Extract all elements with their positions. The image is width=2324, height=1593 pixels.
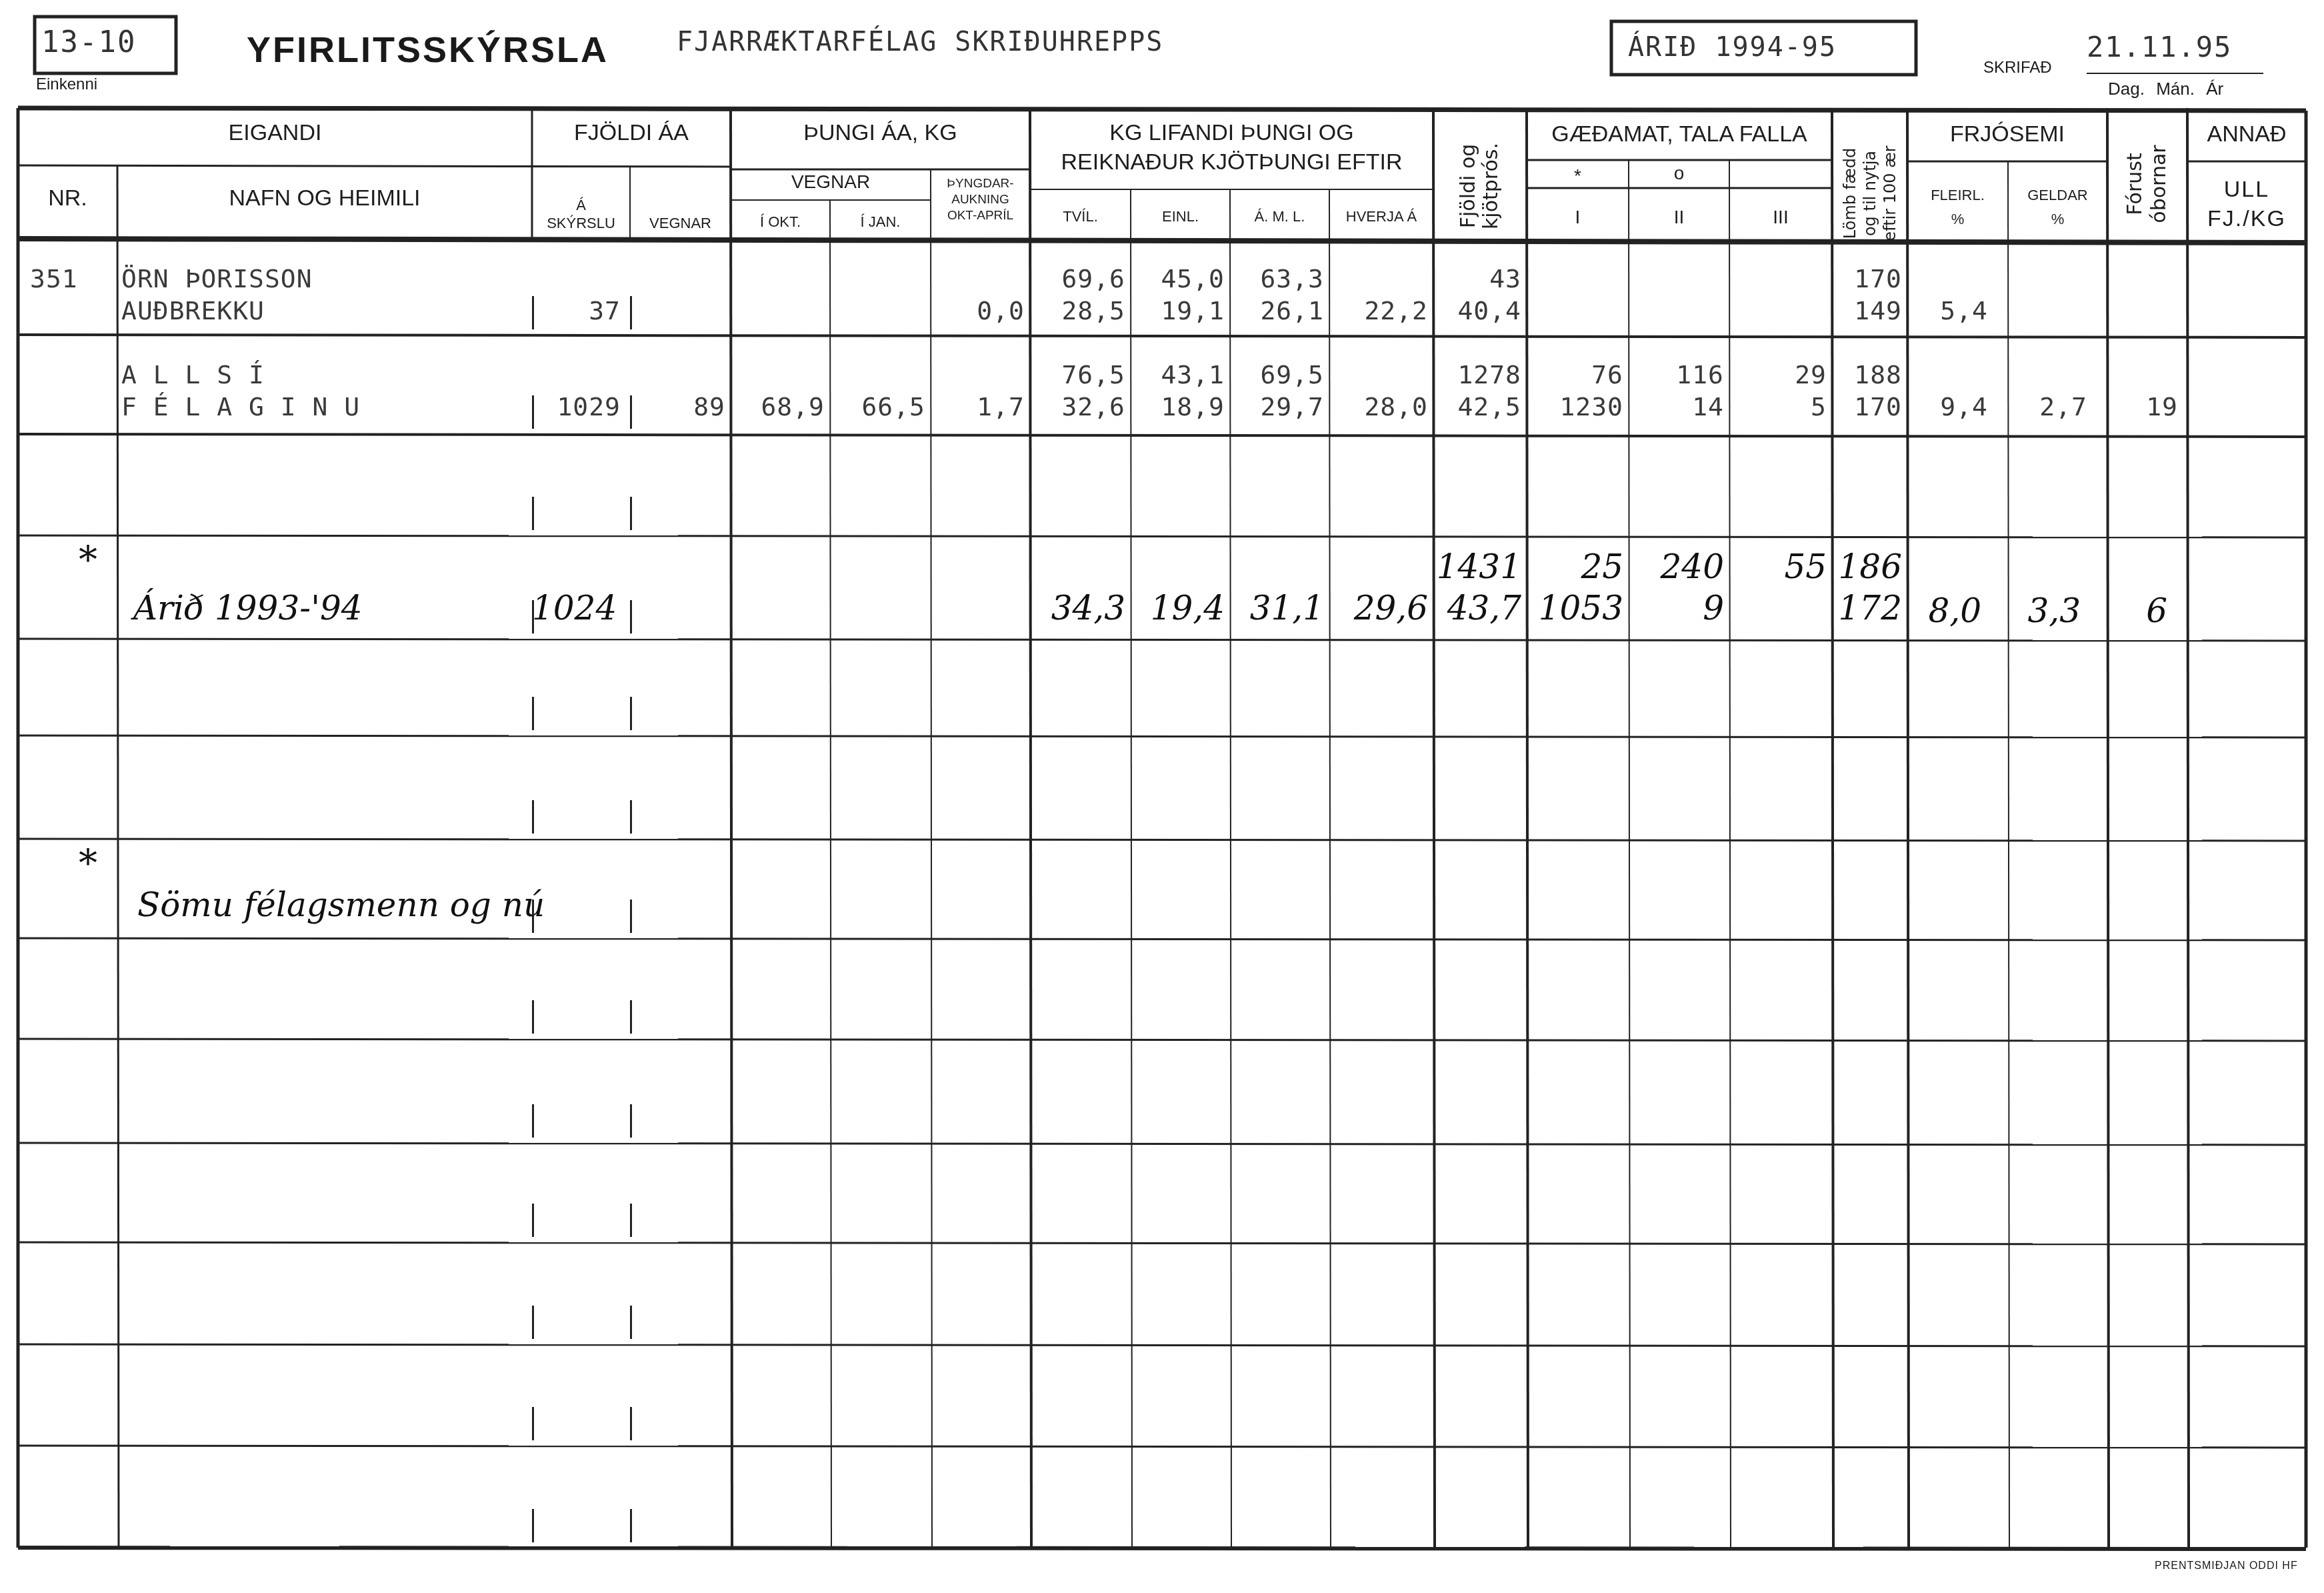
written-date: 21.11.95 [2087,31,2232,63]
col-ull: ULL FJ./KG [2187,175,2306,233]
asterisk-marker: * [79,539,97,582]
column-tick-mark [630,1509,632,1542]
col-einl: EINL. [1131,208,1230,225]
col-geldar: GELDAR % [2008,183,2107,231]
column-tick-mark [630,497,632,530]
col-nafn: NAFN OG HEIMILI [117,185,532,211]
col-tvil: TVÍL. [1030,208,1131,225]
column-tick-mark [630,1407,632,1440]
column-tick-mark [532,1509,534,1542]
prev-year-hverja: 29,6 [1329,589,1428,627]
prev-year-lomb-bottom: 172 [1832,589,1902,627]
row-geldar: 2,7 [2008,392,2087,421]
col-fleirl: FLEIRL. % [1907,183,2008,231]
row-nr: 351 [30,264,78,293]
col-i-jan: Í JAN. [830,213,931,231]
column-tick-mark [532,1204,534,1237]
column-tick-mark [532,1306,534,1339]
col-thungi-aa: ÞUNGI ÁA, KG [731,120,1030,146]
form-grid [0,0,2324,1593]
row-fjoldi-carcass: 42,5 [1433,392,1521,421]
row-vegnar: 89 [630,392,725,421]
prev-year-g1-bottom: 1053 [1527,589,1623,627]
row-tvil-live: 69,6 [1030,264,1125,293]
row-i-jan: 66,5 [830,392,925,421]
column-tick-mark [532,1000,534,1034]
column-tick-mark [630,1306,632,1339]
col-g3: III [1729,207,1832,228]
column-tick-mark [630,1000,632,1034]
row-tvil-live: 76,5 [1030,360,1125,389]
row-fjoldi-live: 1278 [1433,360,1521,389]
column-tick-mark [532,600,534,633]
row-aml-live: 69,5 [1230,360,1324,389]
row-name: ÖRN ÞORISSON [121,264,313,293]
form-title: YFIRLITSSKÝRSLA [247,29,609,71]
row-aml-carcass: 29,7 [1230,392,1324,421]
column-tick-mark [630,395,632,429]
column-tick-mark [630,600,632,633]
column-tick-mark [532,395,534,429]
column-tick-mark [630,697,632,730]
col-i-okt: Í OKT. [731,213,830,231]
column-tick-mark [532,497,534,530]
prev-year-label: Árið 1993-'94 [133,589,363,627]
col-forust-obornar: Fórust óbornar [2123,114,2171,254]
column-tick-mark [630,1104,632,1138]
row-hverja: 28,0 [1329,392,1428,421]
col-aml: Á. M. L. [1230,208,1329,225]
row-home: F É L A G I N U [121,392,360,421]
row-g2-live: 116 [1629,360,1724,389]
row-g1-carcass: 1230 [1527,392,1623,421]
col-a-skyrslu-2: SKÝRSLU [532,215,630,232]
row-lomb-live: 170 [1832,264,1902,293]
row-forust: 19 [2107,392,2178,421]
prev-year-lomb-top: 186 [1832,547,1902,586]
prev-year-forust: 6 [2107,591,2167,630]
row-einl-carcass: 19,1 [1131,296,1225,325]
col-fjoldi-aa: FJÖLDI ÁA [532,120,731,146]
year-box-value: ÁRIÐ 1994-95 [1628,32,1837,63]
row-a-skyrslu: 1029 [532,392,621,421]
prev-year-fjoldi-bottom: 43,7 [1433,589,1521,627]
row-g2-carcass: 14 [1629,392,1724,421]
prev-year-aml: 31,1 [1230,589,1324,627]
column-tick-mark [532,900,534,933]
row-thyngdar: 0,0 [931,296,1025,325]
col-fjoldi-kjotpros: Fjöldi og kjötprós. [1457,113,1503,259]
column-tick-mark [630,800,632,834]
column-tick-mark [532,1104,534,1138]
row-einl-carcass: 18,9 [1131,392,1225,421]
col-thyngdaraukning: ÞYNGDAR- AUKNING OKT-APRÍL [931,176,1030,224]
row-g3-live: 29 [1729,360,1827,389]
column-tick-mark [630,296,632,329]
prev-year-fleirl: 8,0 [1907,591,1981,630]
row-g3-carcass: 5 [1729,392,1827,421]
prev-year-einl: 19,4 [1131,589,1225,627]
col-annad: ANNAÐ [2187,121,2306,147]
asterisk-marker: * [79,842,97,886]
row-home: AUÐBREKKU [121,296,265,325]
row-aml-live: 63,3 [1230,264,1324,293]
column-tick-mark [630,1204,632,1237]
row-g1-live: 76 [1527,360,1623,389]
written-label: SKRIFAÐ [1983,59,2052,77]
organization-name: FJARRÆKTARFÉLAG SKRIÐUHREPPS [677,27,1163,57]
row-hverja: 22,2 [1329,296,1428,325]
col-hverja: HVERJA Á [1329,208,1433,225]
column-tick-mark [630,900,632,933]
col-vegnar: VEGNAR [630,215,731,232]
col-g1: I [1527,207,1629,228]
row-a-skyrslu: 37 [532,296,621,325]
note-text: Sömu félagsmenn og nú [137,886,545,924]
row-tvil-carcass: 32,6 [1030,392,1125,421]
row-i-okt: 68,9 [731,392,825,421]
row-einl-live: 43,1 [1131,360,1225,389]
col-nr: NR. [18,185,117,211]
row-fleirl: 9,4 [1907,392,1988,421]
row-lomb-live: 188 [1832,360,1902,389]
column-tick-mark [532,697,534,730]
row-fjoldi-live: 43 [1433,264,1521,293]
prev-year-tvil: 34,3 [1030,589,1125,627]
prev-year-g3-top: 55 [1729,547,1827,586]
row-fleirl: 5,4 [1907,296,1988,325]
row-tvil-carcass: 28,5 [1030,296,1125,325]
row-name: A L L S Í [121,360,265,389]
column-tick-mark [532,1407,534,1440]
row-aml-carcass: 26,1 [1230,296,1324,325]
col-thungi-vegnar: VEGNAR [731,171,931,193]
prev-year-g1-top: 25 [1527,547,1623,586]
prev-year-geldar: 3,3 [2008,591,2081,630]
col-a-skyrslu-1: Á [532,197,630,214]
date-format-label: Dag. Mán. Ár [2108,79,2223,99]
col-eigandi: EIGANDI [18,120,532,146]
col-kg-lifandi-2: REIKNAÐUR KJÖTÞUNGI EFTIR [1030,149,1433,175]
col-kg-lifandi-1: KG LIFANDI ÞUNGI OG [1030,120,1433,146]
row-lomb-carcass: 170 [1832,392,1902,421]
column-tick-mark [532,800,534,834]
prev-year-g2-bottom: 9 [1629,589,1724,627]
column-tick-mark [532,296,534,329]
row-einl-live: 45,0 [1131,264,1225,293]
id-box-value: 13-10 [41,25,136,59]
row-lomb-carcass: 149 [1832,296,1902,325]
printer-credit: PRENTSMIÐJAN ODDI HF [2155,1560,2298,1572]
col-gaedamat-star: * [1527,165,1629,187]
row-fjoldi-carcass: 40,4 [1433,296,1521,325]
col-gaedamat: GÆÐAMAT, TALA FALLA [1527,121,1832,147]
col-gaedamat-circle: o [1629,163,1729,184]
id-box-label: Einkenni [36,75,97,94]
row-thyngdar: 1,7 [931,392,1025,421]
col-lomb-faedd: Lömb fædd og til nytja eftir 100 ær [1840,120,1900,267]
col-frjosemi: FRJÓSEMI [1907,121,2107,147]
prev-year-g2-top: 240 [1629,547,1724,586]
prev-year-a-skyrslu: 1024 [532,589,617,627]
prev-year-fjoldi-top: 1431 [1433,547,1521,586]
col-g2: II [1629,207,1729,228]
